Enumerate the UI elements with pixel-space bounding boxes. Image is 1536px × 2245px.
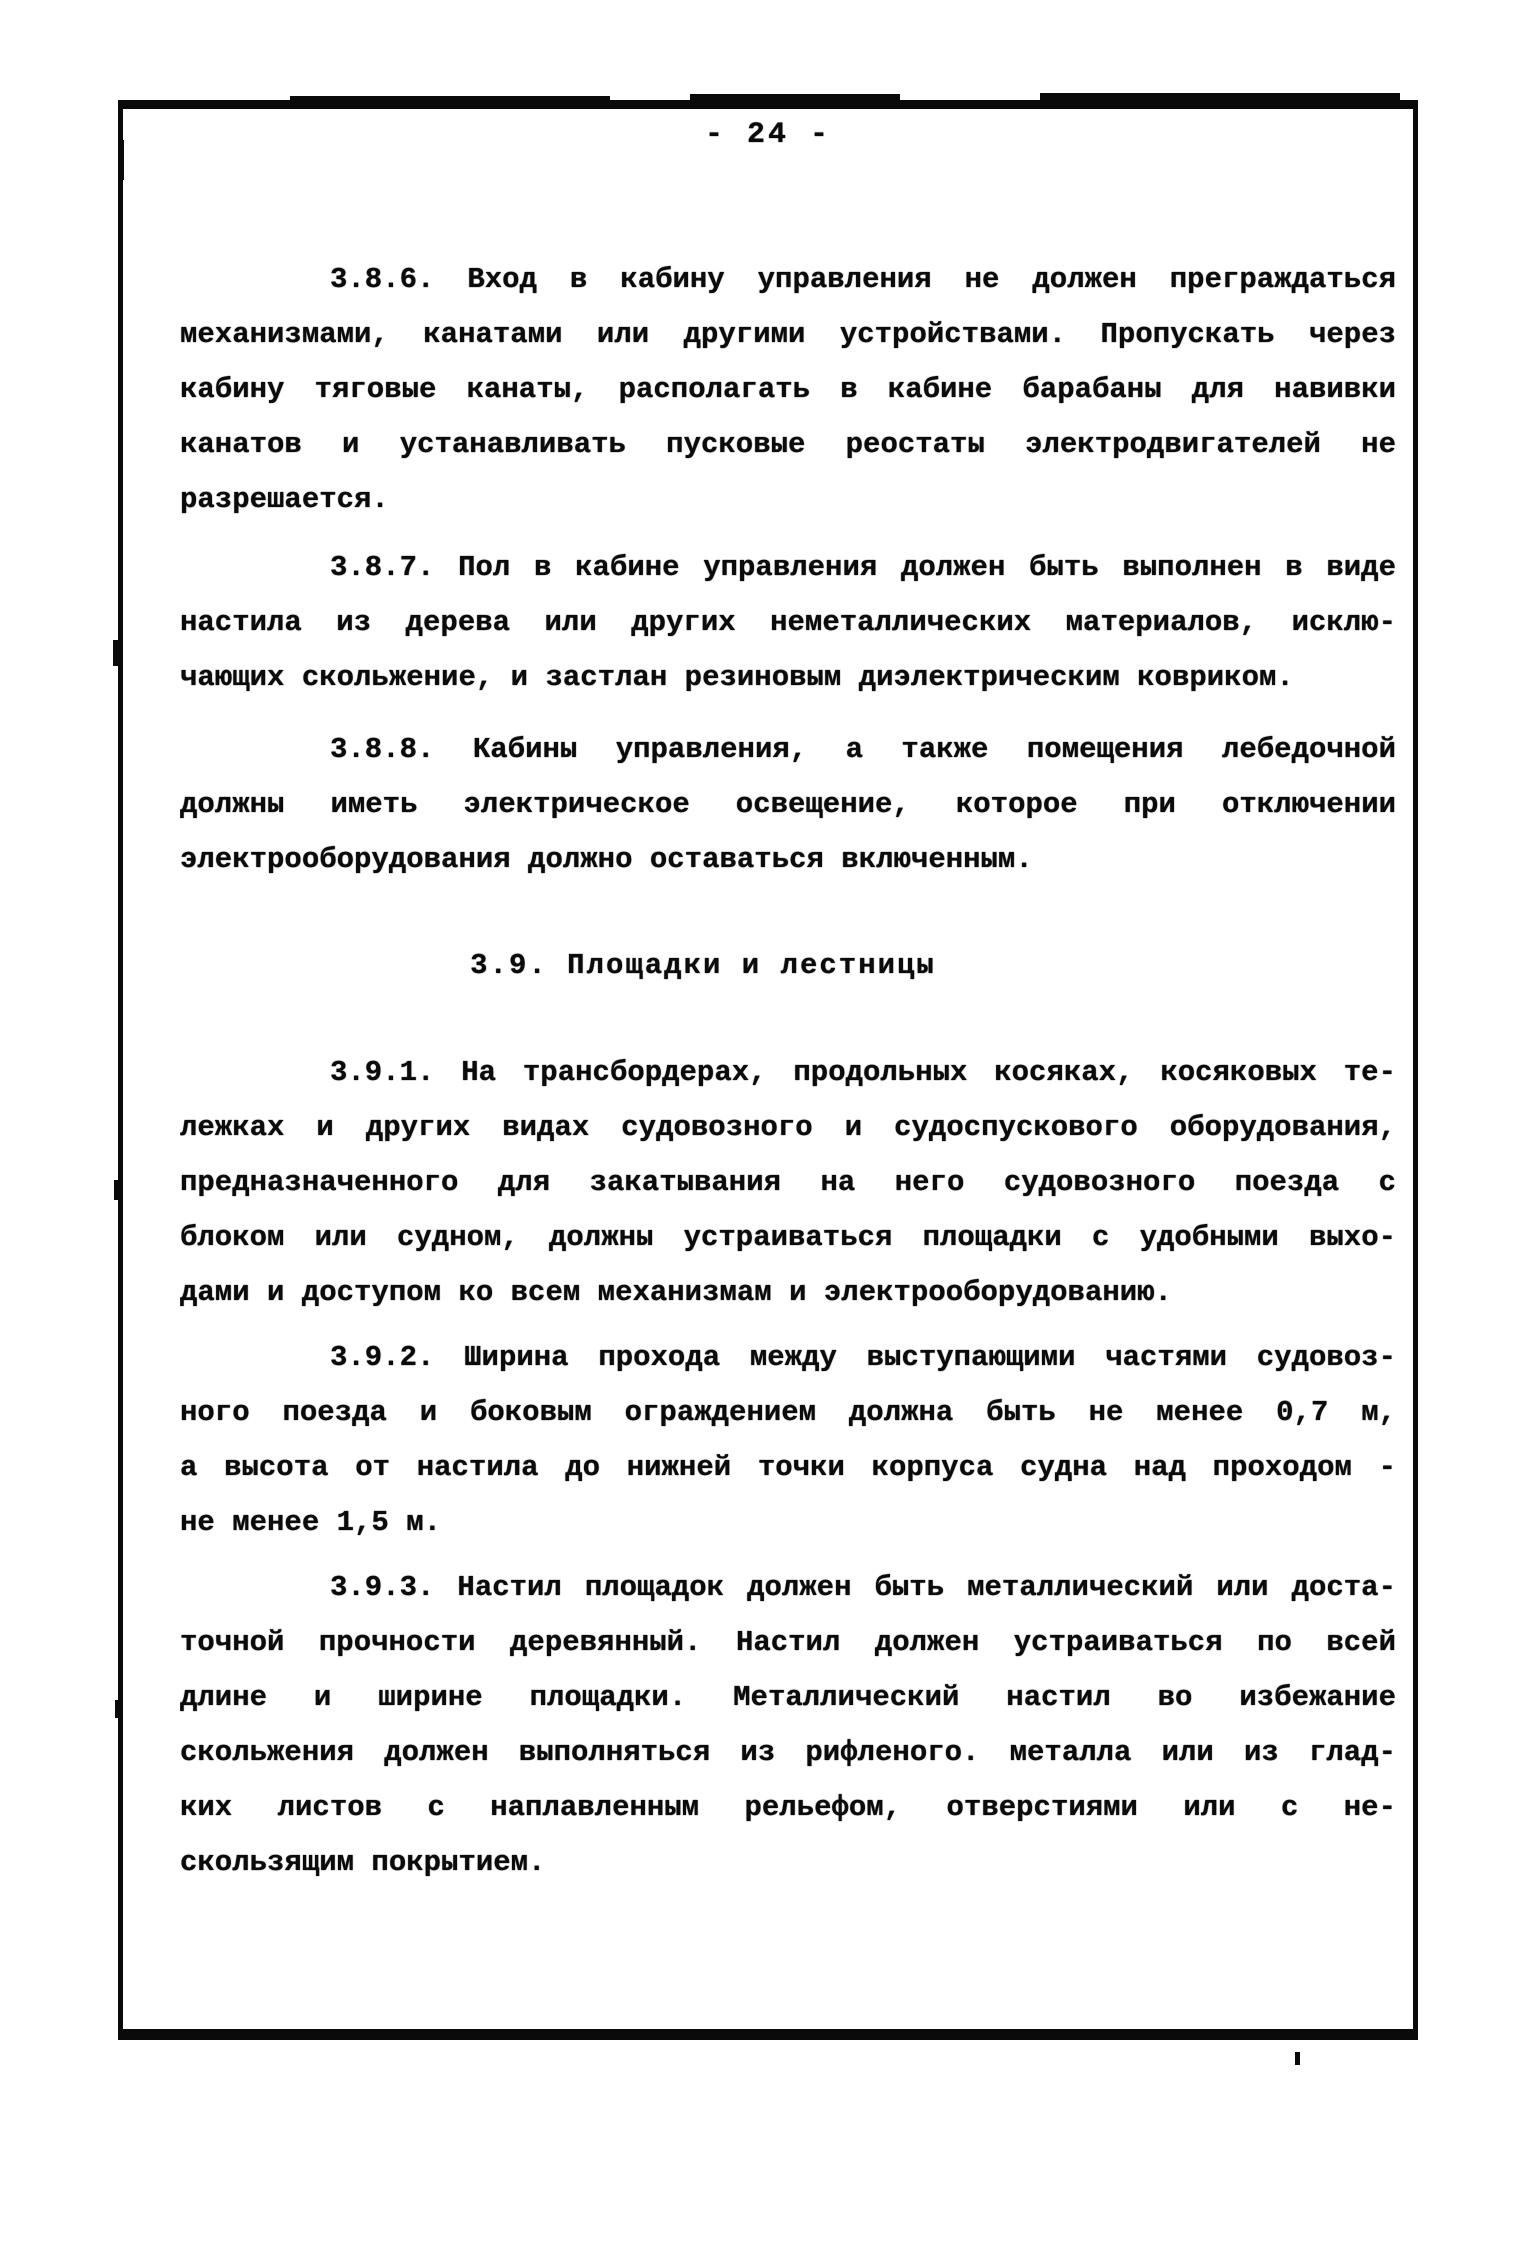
text-line: предназначенного для закатывания на него… xyxy=(180,1155,1396,1210)
paragraph-3-9-1: 3.9.1. На трансбордерах, продольных кося… xyxy=(180,1045,1396,1320)
text-line: разрешается. xyxy=(180,472,1396,527)
text-line: 3.8.7. Пол в кабине управления должен бы… xyxy=(180,540,1396,595)
text-line: 3.8.8. Кабины управления, а также помеще… xyxy=(180,722,1396,777)
text-line: чающих скольжение, и застлан резиновым д… xyxy=(180,650,1396,705)
page-number: - 24 - xyxy=(0,118,1536,152)
text-line: 3.9.1. На трансбордерах, продольных кося… xyxy=(180,1045,1396,1100)
scan-artifact xyxy=(115,1700,121,1718)
text-line: канатов и устанавливать пусковые реостат… xyxy=(180,417,1396,472)
paragraph-3-9-3: 3.9.3. Настил площадок должен быть метал… xyxy=(180,1560,1396,1890)
text-line: электрооборудования должно оставаться вк… xyxy=(180,832,1396,887)
text-line: ного поезда и боковым ограждением должна… xyxy=(180,1385,1396,1440)
text-line: 3.8.6. Вход в кабину управления не долже… xyxy=(180,252,1396,307)
text-line: настила из дерева или других неметалличе… xyxy=(180,595,1396,650)
text-line: ких листов с наплавленным рельефом, отве… xyxy=(180,1780,1396,1835)
text-line: должны иметь электрическое освещение, ко… xyxy=(180,777,1396,832)
scan-artifact xyxy=(114,1180,120,1200)
text-line: не менее 1,5 м. xyxy=(180,1495,1396,1550)
text-line: кабину тяговые канаты, располагать в каб… xyxy=(180,362,1396,417)
text-line: блоком или судном, должны устраиваться п… xyxy=(180,1210,1396,1265)
scan-artifact xyxy=(1295,2052,1300,2065)
text-line: 3.9.3. Настил площадок должен быть метал… xyxy=(180,1560,1396,1615)
scan-artifact xyxy=(1040,93,1400,101)
scan-artifact xyxy=(113,640,120,666)
text-line: точной прочности деревянный. Настил долж… xyxy=(180,1615,1396,1670)
scanned-document-page: { "doc": { "page_number": "- 24 -", "blo… xyxy=(0,0,1536,2245)
paragraph-3-9-2: 3.9.2. Ширина прохода между выступающими… xyxy=(180,1330,1396,1550)
text-line: дами и доступом ко всем механизмам и эле… xyxy=(180,1265,1396,1320)
text-line: 3.9.2. Ширина прохода между выступающими… xyxy=(180,1330,1396,1385)
text-line: лежках и других видах судовозного и судо… xyxy=(180,1100,1396,1155)
text-line: скользящим покрытием. xyxy=(180,1835,1396,1890)
text-line: длине и ширине площадки. Металлический н… xyxy=(180,1670,1396,1725)
paragraph-3-8-6: 3.8.6. Вход в кабину управления не долже… xyxy=(180,252,1396,527)
section-heading-3-9: 3.9. Площадки и лестницы xyxy=(180,938,1396,993)
paragraph-3-8-7: 3.8.7. Пол в кабине управления должен бы… xyxy=(180,540,1396,705)
text-line: скольжения должен выполняться из рифлено… xyxy=(180,1725,1396,1780)
scan-artifact xyxy=(290,96,610,102)
paragraph-3-8-8: 3.8.8. Кабины управления, а также помеще… xyxy=(180,722,1396,887)
scan-artifact xyxy=(690,94,900,100)
text-line: а высота от настила до нижней точки корп… xyxy=(180,1440,1396,1495)
text-line: механизмами, канатами или другими устрой… xyxy=(180,307,1396,362)
